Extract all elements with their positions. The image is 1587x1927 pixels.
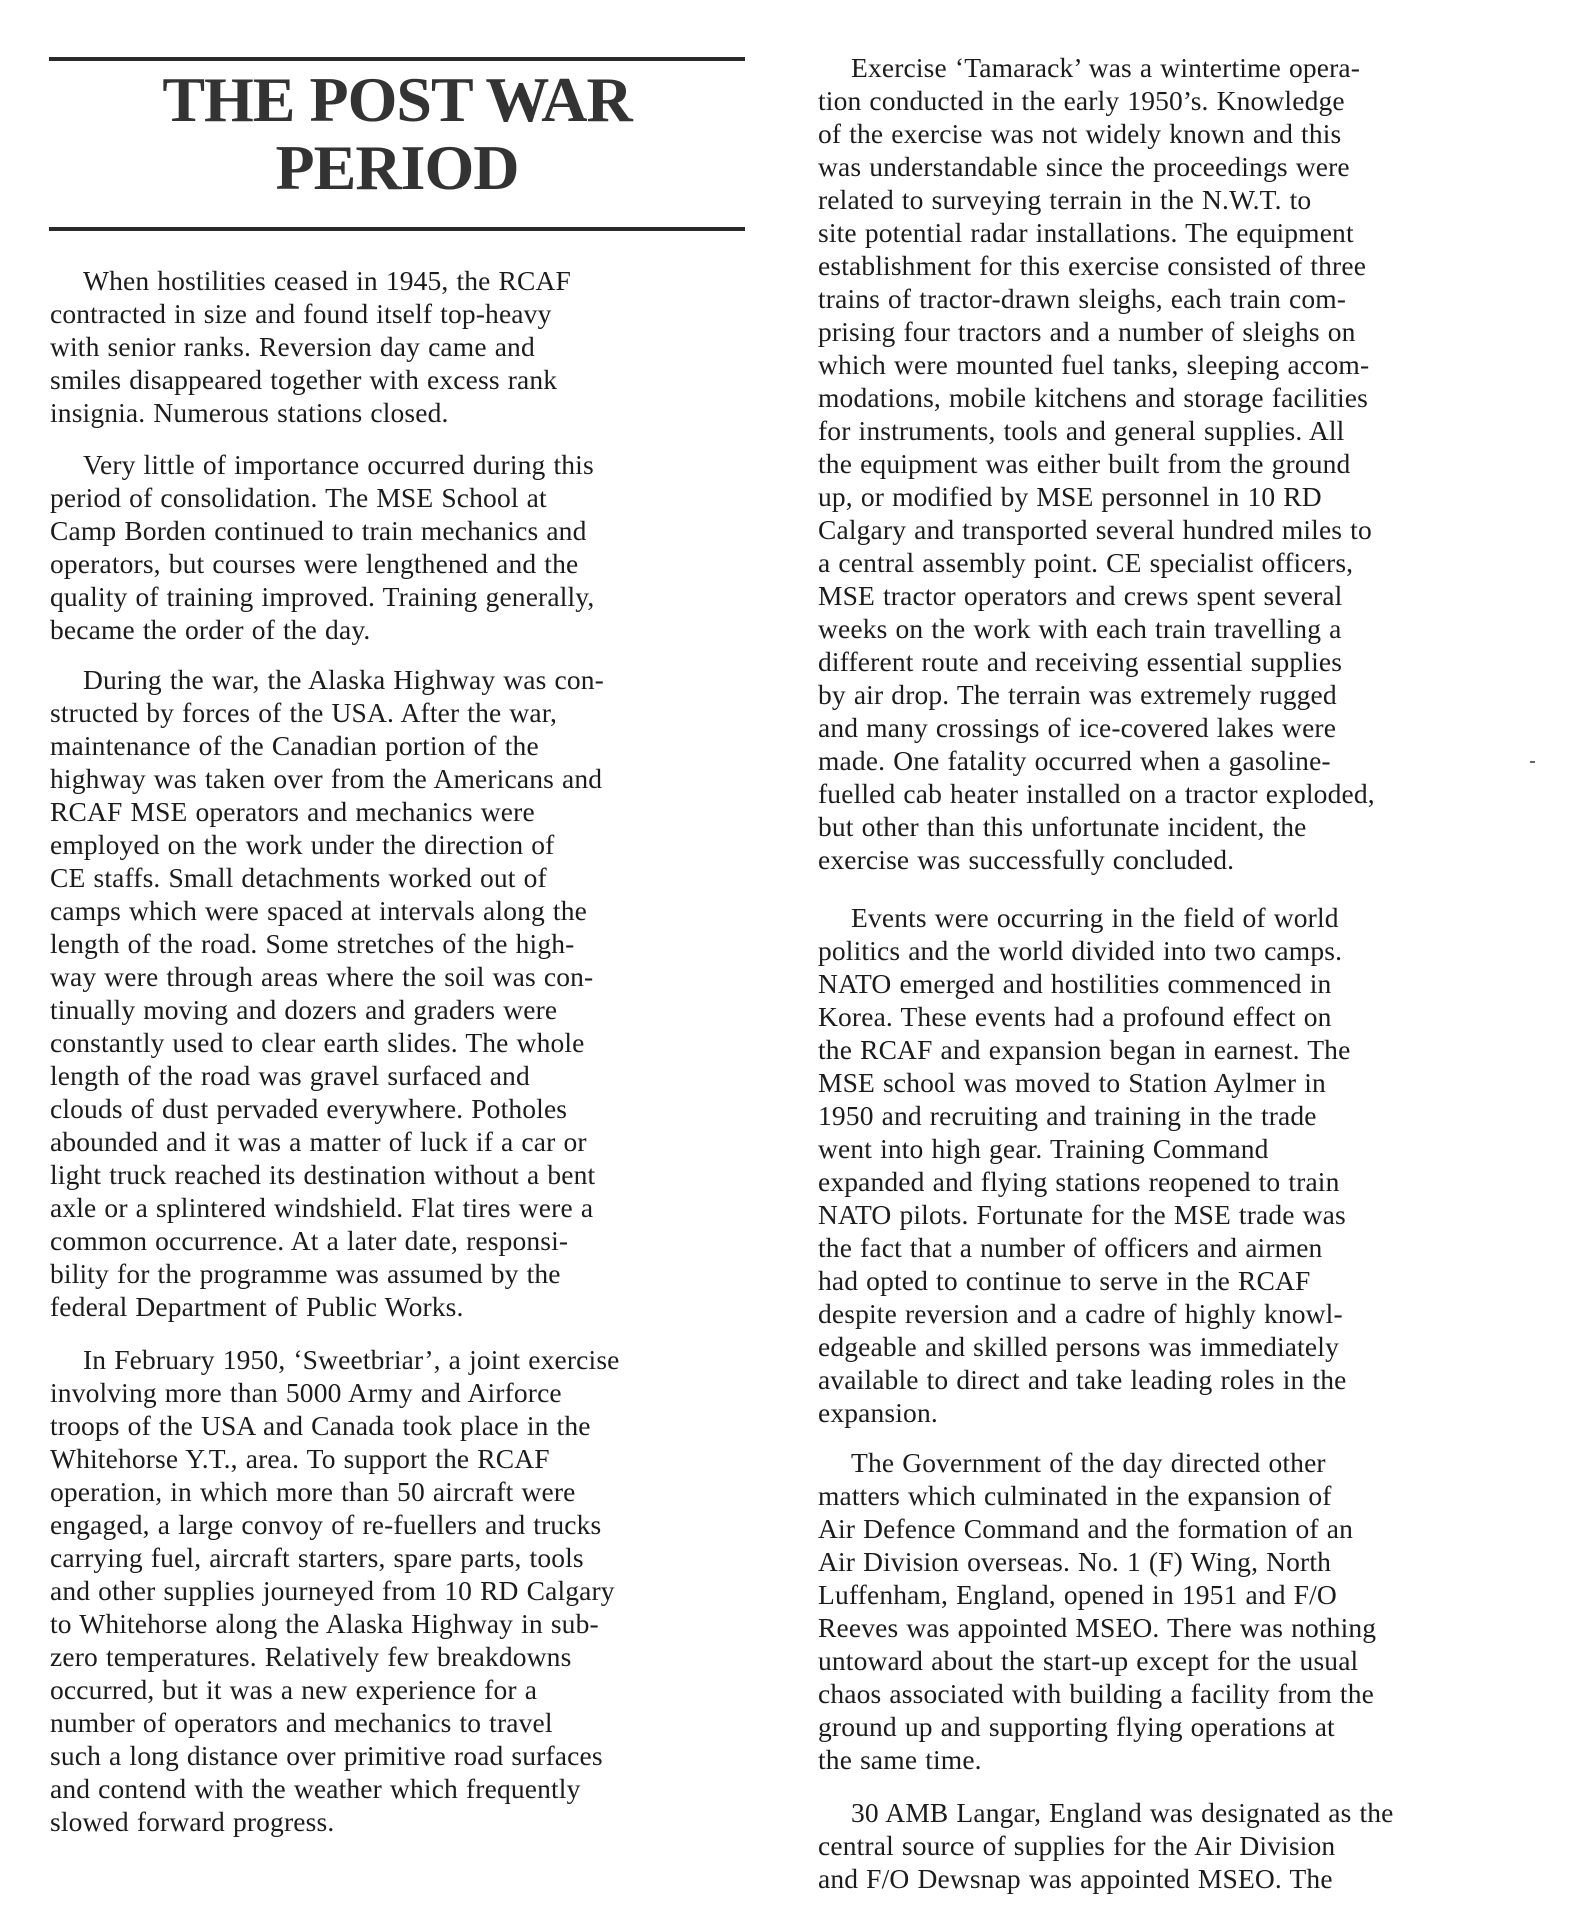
text-line: maintenance of the Canadian portion of t…	[50, 729, 750, 762]
text-line: was understandable since the proceedings…	[818, 150, 1538, 183]
paragraph: In February 1950, ‘Sweetbriar’, a joint …	[50, 1343, 750, 1838]
text-line: Calgary and transported several hundred …	[818, 513, 1538, 546]
text-line: period of consolidation. The MSE School …	[50, 481, 750, 514]
text-line: way were through areas where the soil wa…	[50, 960, 750, 993]
paragraph: Events were occurring in the field of wo…	[818, 901, 1538, 1429]
text-line: the same time.	[818, 1743, 1538, 1776]
text-line: the equipment was either built from the …	[818, 447, 1538, 480]
text-line: federal Department of Public Works.	[50, 1290, 750, 1323]
text-line: RCAF MSE operators and mechanics were	[50, 795, 750, 828]
text-line: related to surveying terrain in the N.W.…	[818, 183, 1538, 216]
text-line: abounded and it was a matter of luck if …	[50, 1125, 750, 1158]
text-line: made. One fatality occurred when a gasol…	[818, 744, 1538, 777]
text-line: available to direct and take leading rol…	[818, 1363, 1538, 1396]
text-line: politics and the world divided into two …	[818, 934, 1538, 967]
text-line: the fact that a number of officers and a…	[818, 1231, 1538, 1264]
text-line: went into high gear. Training Command	[818, 1132, 1538, 1165]
text-line: for instruments, tools and general suppl…	[818, 414, 1538, 447]
text-line: quality of training improved. Training g…	[50, 580, 750, 613]
text-line: Very little of importance occurred durin…	[50, 448, 750, 481]
text-line: with senior ranks. Reversion day came an…	[50, 330, 750, 363]
paragraph: During the war, the Alaska Highway was c…	[50, 663, 750, 1323]
text-line: engaged, a large convoy of re-fuellers a…	[50, 1508, 750, 1541]
text-line: length of the road. Some stretches of th…	[50, 927, 750, 960]
paragraph: Very little of importance occurred durin…	[50, 448, 750, 646]
text-line: ground up and supporting flying operatio…	[818, 1710, 1538, 1743]
text-line: central source of supplies for the Air D…	[818, 1829, 1538, 1862]
text-line: The Government of the day directed other	[818, 1446, 1538, 1479]
right-column: Exercise ‘Tamarack’ was a wintertime ope…	[818, 0, 1538, 1927]
text-line: camps which were spaced at intervals alo…	[50, 894, 750, 927]
text-line: axle or a splintered windshield. Flat ti…	[50, 1191, 750, 1224]
text-line: which were mounted fuel tanks, sleeping …	[818, 348, 1538, 381]
text-line: and other supplies journeyed from 10 RD …	[50, 1574, 750, 1607]
text-line: number of operators and mechanics to tra…	[50, 1706, 750, 1739]
text-line: tinually moving and dozers and graders w…	[50, 993, 750, 1026]
left-column: When hostilities ceased in 1945, the RCA…	[50, 0, 750, 1927]
text-line: Events were occurring in the field of wo…	[818, 901, 1538, 934]
text-line: had opted to continue to serve in the RC…	[818, 1264, 1538, 1297]
text-line: modations, mobile kitchens and storage f…	[818, 381, 1538, 414]
text-line: light truck reached its destination with…	[50, 1158, 750, 1191]
text-line: occurred, but it was a new experience fo…	[50, 1673, 750, 1706]
text-line: common occurrence. At a later date, resp…	[50, 1224, 750, 1257]
text-line: site potential radar installations. The …	[818, 216, 1538, 249]
text-line: Korea. These events had a profound effec…	[818, 1000, 1538, 1033]
text-line: operation, in which more than 50 aircraf…	[50, 1475, 750, 1508]
text-line: by air drop. The terrain was extremely r…	[818, 678, 1538, 711]
text-line: up, or modified by MSE personnel in 10 R…	[818, 480, 1538, 513]
text-line: Exercise ‘Tamarack’ was a wintertime ope…	[818, 51, 1538, 84]
paragraph: 30 AMB Langar, England was designated as…	[818, 1796, 1538, 1895]
text-line: In February 1950, ‘Sweetbriar’, a joint …	[50, 1343, 750, 1376]
text-line: Luffenham, England, opened in 1951 and F…	[818, 1578, 1538, 1611]
text-line: When hostilities ceased in 1945, the RCA…	[50, 264, 750, 297]
text-line: and F/O Dewsnap was appointed MSEO. The	[818, 1862, 1538, 1895]
text-line: During the war, the Alaska Highway was c…	[50, 663, 750, 696]
text-line: prising four tractors and a number of sl…	[818, 315, 1538, 348]
text-line: exercise was successfully concluded.	[818, 843, 1538, 876]
text-line: NATO emerged and hostilities commenced i…	[818, 967, 1538, 1000]
text-line: employed on the work under the direction…	[50, 828, 750, 861]
text-line: clouds of dust pervaded everywhere. Poth…	[50, 1092, 750, 1125]
scan-artifact-mark	[1530, 761, 1535, 763]
text-line: contracted in size and found itself top-…	[50, 297, 750, 330]
text-line: to Whitehorse along the Alaska Highway i…	[50, 1607, 750, 1640]
text-line: such a long distance over primitive road…	[50, 1739, 750, 1772]
text-line: untoward about the start-up except for t…	[818, 1644, 1538, 1677]
text-line: involving more than 5000 Army and Airfor…	[50, 1376, 750, 1409]
text-line: despite reversion and a cadre of highly …	[818, 1297, 1538, 1330]
text-line: trains of tractor-drawn sleighs, each tr…	[818, 282, 1538, 315]
text-line: fuelled cab heater installed on a tracto…	[818, 777, 1538, 810]
text-line: smiles disappeared together with excess …	[50, 363, 750, 396]
text-line: became the order of the day.	[50, 613, 750, 646]
text-line: a central assembly point. CE specialist …	[818, 546, 1538, 579]
text-line: but other than this unfortunate incident…	[818, 810, 1538, 843]
text-line: matters which culminated in the expansio…	[818, 1479, 1538, 1512]
paragraph: When hostilities ceased in 1945, the RCA…	[50, 264, 750, 429]
text-line: expansion.	[818, 1396, 1538, 1429]
text-line: expanded and flying stations reopened to…	[818, 1165, 1538, 1198]
text-line: weeks on the work with each train travel…	[818, 612, 1538, 645]
text-line: constantly used to clear earth slides. T…	[50, 1026, 750, 1059]
text-line: Air Division overseas. No. 1 (F) Wing, N…	[818, 1545, 1538, 1578]
paragraph: The Government of the day directed other…	[818, 1446, 1538, 1776]
text-line: of the exercise was not widely known and…	[818, 117, 1538, 150]
text-line: Air Defence Command and the formation of…	[818, 1512, 1538, 1545]
text-line: 1950 and recruiting and training in the …	[818, 1099, 1538, 1132]
text-line: CE staffs. Small detachments worked out …	[50, 861, 750, 894]
text-line: structed by forces of the USA. After the…	[50, 696, 750, 729]
text-line: the RCAF and expansion began in earnest.…	[818, 1033, 1538, 1066]
text-line: and many crossings of ice-covered lakes …	[818, 711, 1538, 744]
text-line: Whitehorse Y.T., area. To support the RC…	[50, 1442, 750, 1475]
text-line: establishment for this exercise consiste…	[818, 249, 1538, 282]
text-line: tion conducted in the early 1950’s. Know…	[818, 84, 1538, 117]
text-line: slowed forward progress.	[50, 1805, 750, 1838]
text-line: insignia. Numerous stations closed.	[50, 396, 750, 429]
text-line: chaos associated with building a facilit…	[818, 1677, 1538, 1710]
text-line: troops of the USA and Canada took place …	[50, 1409, 750, 1442]
text-line: NATO pilots. Fortunate for the MSE trade…	[818, 1198, 1538, 1231]
text-line: edgeable and skilled persons was immedia…	[818, 1330, 1538, 1363]
text-line: 30 AMB Langar, England was designated as…	[818, 1796, 1538, 1829]
text-line: MSE tractor operators and crews spent se…	[818, 579, 1538, 612]
paragraph: Exercise ‘Tamarack’ was a wintertime ope…	[818, 51, 1538, 876]
text-line: Camp Borden continued to train mechanics…	[50, 514, 750, 547]
text-line: length of the road was gravel surfaced a…	[50, 1059, 750, 1092]
text-line: MSE school was moved to Station Aylmer i…	[818, 1066, 1538, 1099]
text-line: bility for the programme was assumed by …	[50, 1257, 750, 1290]
text-line: and contend with the weather which frequ…	[50, 1772, 750, 1805]
text-line: carrying fuel, aircraft starters, spare …	[50, 1541, 750, 1574]
text-line: highway was taken over from the American…	[50, 762, 750, 795]
text-line: different route and receiving essential …	[818, 645, 1538, 678]
text-line: Reeves was appointed MSEO. There was not…	[818, 1611, 1538, 1644]
text-line: operators, but courses were lengthened a…	[50, 547, 750, 580]
text-line: zero temperatures. Relatively few breakd…	[50, 1640, 750, 1673]
